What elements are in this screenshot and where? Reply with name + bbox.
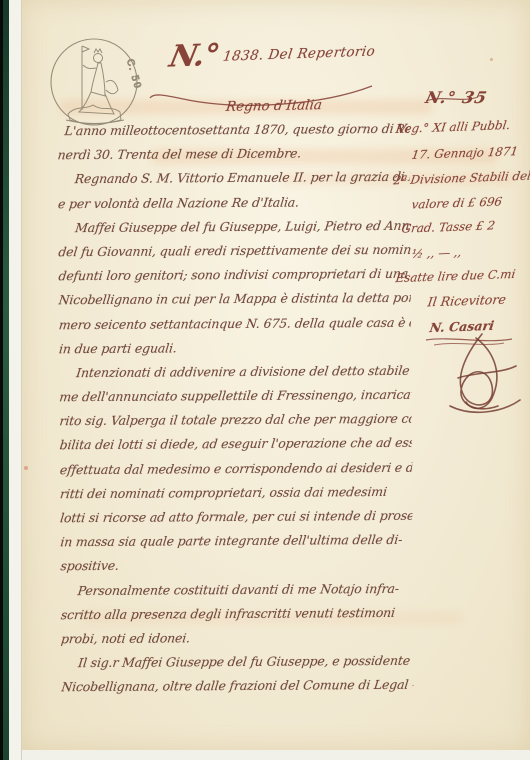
manuscript-line: scritto alla presenza degli infrascritti… xyxy=(60,600,415,627)
receiver-title: Il Ricevitore xyxy=(427,292,507,310)
manuscript-line: spositive. xyxy=(59,552,414,579)
paper-speck xyxy=(490,58,493,61)
margin-note-registry: Reg.° XI alli Pubbl. xyxy=(395,118,512,136)
paper-sheet: C. 50 N.° 1838. Del Repertorio Regno d'I… xyxy=(22,0,530,750)
paper-speck xyxy=(24,466,28,470)
italia-figure-icon xyxy=(66,46,124,124)
manuscript-line: Maffei Giuseppe del fu Giuseppe, Luigi, … xyxy=(57,214,412,241)
manuscript-line: defunti loro genitori; sono indivisi com… xyxy=(57,262,412,289)
manuscript-line: Nicobellignana, oltre dalle frazioni del… xyxy=(60,673,415,700)
manuscript-line: effettuata dal medesimo e corrispondendo… xyxy=(59,455,414,482)
margin-note-collected: Esatte lire due C.mi xyxy=(395,267,517,285)
notary-paraph-signature xyxy=(420,328,530,418)
kingdom-title: Regno d'Italia xyxy=(203,97,345,115)
manuscript-line: in massa sia quale parte integrante dell… xyxy=(59,528,414,555)
manuscript-line: rito sig. Valperga il totale prezzo dal … xyxy=(58,407,413,434)
manuscript-line: Regnando S. M. Vittorio Emanuele II. per… xyxy=(56,165,411,192)
manuscript-line: mero seicento settantacinque N. 675. del… xyxy=(57,310,412,337)
manuscript-line: bilita dei lotti si diede, ad eseguir l'… xyxy=(58,431,413,458)
manuscript-line: Il sig.r Maffei Giuseppe del fu Giuseppe… xyxy=(60,649,415,676)
manuscript-line: probi, noti ed idonei. xyxy=(60,625,415,652)
manuscript-line: Personalmente costituiti davanti di me N… xyxy=(59,576,414,603)
scanned-document: C. 50 N.° 1838. Del Repertorio Regno d'I… xyxy=(0,0,530,760)
manuscript-line: del fu Giovanni, quali eredi rispettivam… xyxy=(57,238,412,265)
act-number-strike-flourish xyxy=(424,94,480,104)
margin-note-tax: Grad. Tasse £ 2 xyxy=(401,218,496,235)
repertorio-number-glyph: N.° xyxy=(166,38,221,75)
manuscript-line: in due parti eguali. xyxy=(58,334,413,361)
margin-note-value: valore di £ 696 xyxy=(411,194,503,211)
margin-note-fraction: ½ ,, — ,, xyxy=(411,245,463,261)
margin-note-date: 17. Gennajo 1871 xyxy=(411,144,519,162)
manuscript-line: Intenzionati di addivenire a divisione d… xyxy=(58,359,413,386)
repertorio-header: N.° 1838. Del Repertorio xyxy=(169,32,375,74)
deed-body: L'anno milleottocentosettanta 1870, ques… xyxy=(56,117,412,700)
manuscript-line: me dell'annunciato suppellettile di Fres… xyxy=(58,383,413,410)
manuscript-line: nerdì 30. Trenta del mese di Dicembre. xyxy=(56,141,411,168)
repertorio-text: 1838. Del Repertorio xyxy=(222,43,376,64)
manuscript-line: L'anno milleottocentosettanta 1870, ques… xyxy=(56,117,411,144)
manuscript-line: ritti dei nominati comproprietari, ossia… xyxy=(59,480,414,507)
manuscript-line: e per volontà della Nazione Re d'Italia. xyxy=(57,189,412,216)
manuscript-line: Nicobellignano in cui per la Mappa è dis… xyxy=(57,286,412,313)
scan-edge-bottom xyxy=(22,750,530,760)
manuscript-line: lotti si ricorse ad atto formale, per cu… xyxy=(59,504,414,531)
